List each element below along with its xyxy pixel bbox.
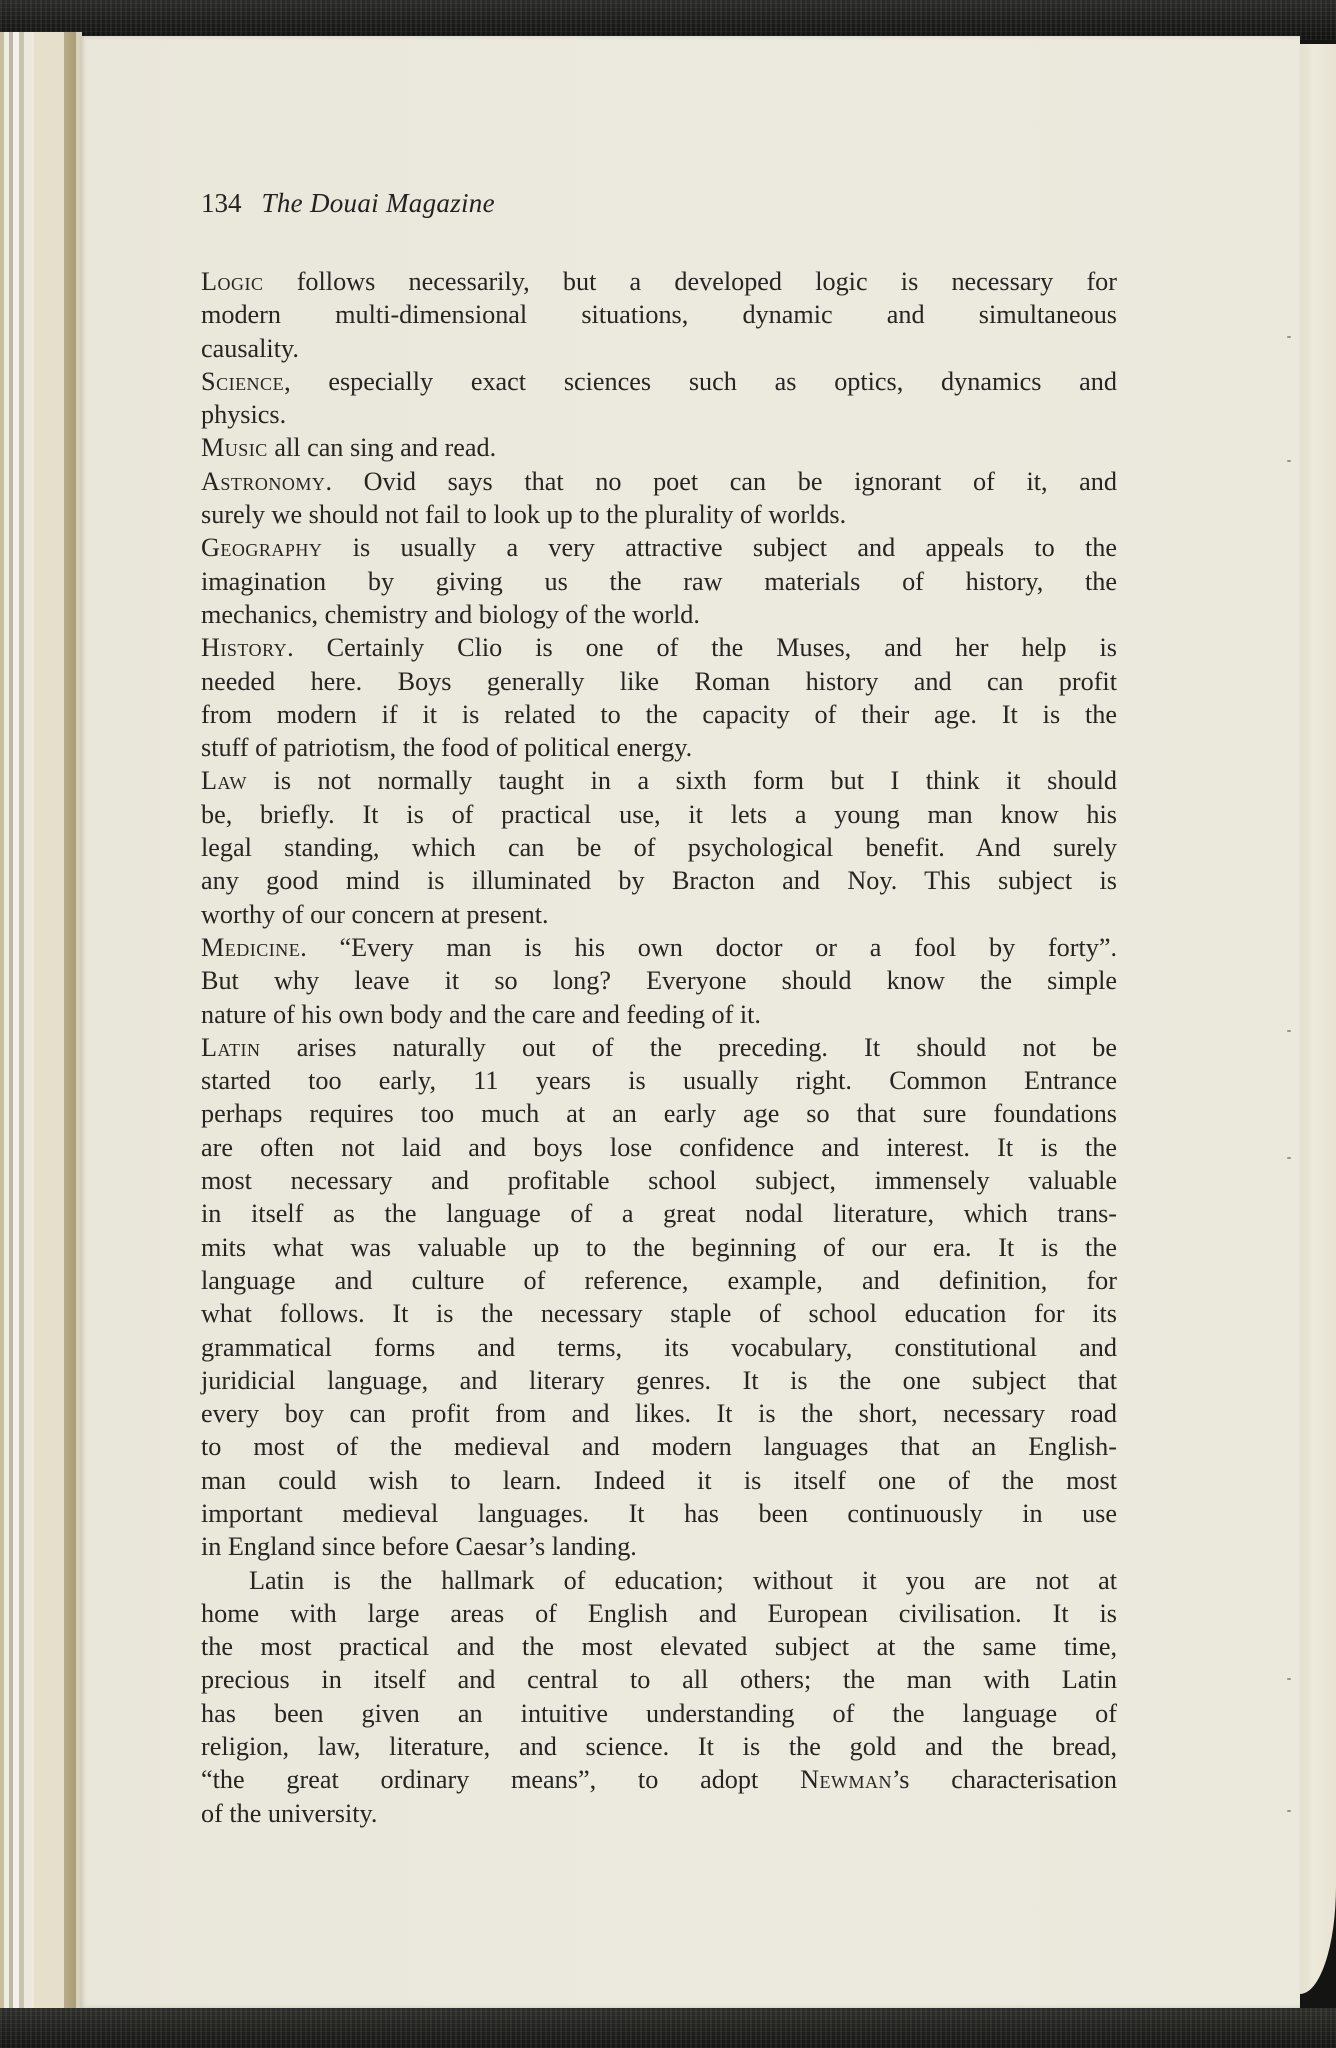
- text-line: imagination by giving us the raw materia…: [201, 565, 1117, 598]
- book-binding-top: [0, 0, 1336, 40]
- line-text: the most practical and the most elevated…: [201, 1632, 1117, 1661]
- line-text: are often not laid and boys lose confide…: [201, 1133, 1117, 1162]
- line-text: religion, law, literature, and science. …: [201, 1732, 1117, 1761]
- text-line: Science, especially exact sciences such …: [201, 365, 1117, 398]
- running-header: 134The Douai Magazine: [201, 188, 495, 222]
- article-body: Logic follows necessarily, but a develop…: [201, 265, 1117, 1830]
- line-text: perhaps requires too much at an early ag…: [201, 1099, 1117, 1128]
- text-line: Logic follows necessarily, but a develop…: [201, 265, 1117, 298]
- text-line: grammatical forms and terms, its vocabul…: [201, 1331, 1117, 1364]
- subject-heading: Latin: [201, 1033, 261, 1062]
- subject-heading: Medicine: [201, 933, 300, 962]
- subject-heading: Geography: [201, 533, 322, 562]
- text-line: Medicine. “Every man is his own doctor o…: [201, 931, 1117, 964]
- line-text: important medieval languages. It has bee…: [201, 1499, 1117, 1528]
- line-text: grammatical forms and terms, its vocabul…: [201, 1333, 1117, 1362]
- line-text: what follows. It is the necessary staple…: [201, 1299, 1117, 1328]
- text-line: Geography is usually a very attractive s…: [201, 531, 1117, 564]
- line-text: physics.: [201, 400, 286, 429]
- line-text: . “Every man is his own doctor or a fool…: [300, 933, 1117, 962]
- text-line: started too early, 11 years is usually r…: [201, 1064, 1117, 1097]
- line-text: mits what was valuable up to the beginni…: [201, 1233, 1117, 1262]
- line-text: most necessary and profitable school sub…: [201, 1166, 1117, 1195]
- text-line: Latin is the hallmark of education; with…: [201, 1564, 1117, 1597]
- line-text: . Certainly Clio is one of the Muses, an…: [287, 633, 1117, 662]
- text-line: History. Certainly Clio is one of the Mu…: [201, 631, 1117, 664]
- subject-heading: Science: [201, 367, 284, 396]
- margin-mark: [1287, 1157, 1291, 1159]
- line-text: every boy can profit from and likes. It …: [201, 1399, 1117, 1428]
- text-line: But why leave it so long? Everyone shoul…: [201, 964, 1117, 997]
- text-line: surely we should not fail to look up to …: [201, 498, 1117, 531]
- page-number: 134: [201, 188, 242, 219]
- book-binding-bottom: [0, 2008, 1336, 2048]
- line-text: is usually a very attractive subject and…: [322, 533, 1117, 562]
- subject-heading: Law: [201, 766, 247, 795]
- margin-mark: [1287, 1678, 1291, 1680]
- line-text: all can sing and read.: [268, 433, 496, 462]
- page-stack-edge: [0, 32, 82, 2010]
- line-text: precious in itself and central to all ot…: [201, 1665, 1117, 1694]
- text-line: what follows. It is the necessary staple…: [201, 1297, 1117, 1330]
- line-text: legal standing, which can be of psycholo…: [201, 833, 1117, 862]
- text-line: physics.: [201, 398, 1117, 431]
- text-line: mechanics, chemistry and biology of the …: [201, 598, 1117, 631]
- text-line: every boy can profit from and likes. It …: [201, 1397, 1117, 1430]
- margin-mark: [1287, 336, 1291, 338]
- line-text: language and culture of reference, examp…: [201, 1266, 1117, 1295]
- line-text: surely we should not fail to look up to …: [201, 500, 846, 529]
- text-line: of the university.: [201, 1797, 1117, 1830]
- margin-mark: [1287, 460, 1291, 462]
- text-line: in England since before Caesar’s landing…: [201, 1530, 1117, 1563]
- line-text: causality.: [201, 334, 299, 363]
- line-text: modern multi-dimensional situations, dyn…: [201, 300, 1117, 329]
- line-text: Latin is the hallmark of education; with…: [249, 1566, 1117, 1595]
- text-line: needed here. Boys generally like Roman h…: [201, 665, 1117, 698]
- text-line: mits what was valuable up to the beginni…: [201, 1231, 1117, 1264]
- line-text: started too early, 11 years is usually r…: [201, 1066, 1117, 1095]
- line-text: man could wish to learn. Indeed it is it…: [201, 1466, 1117, 1495]
- line-text: “the great ordinary means”, to adopt: [201, 1765, 800, 1794]
- text-line: from modern if it is related to the capa…: [201, 698, 1117, 731]
- text-line: are often not laid and boys lose confide…: [201, 1131, 1117, 1164]
- line-text: worthy of our concern at present.: [201, 900, 549, 929]
- text-line: modern multi-dimensional situations, dyn…: [201, 298, 1117, 331]
- text-line: perhaps requires too much at an early ag…: [201, 1097, 1117, 1130]
- margin-mark: [1287, 1810, 1291, 1812]
- text-line: man could wish to learn. Indeed it is it…: [201, 1464, 1117, 1497]
- text-line: home with large areas of English and Eur…: [201, 1597, 1117, 1630]
- text-line: the most practical and the most elevated…: [201, 1630, 1117, 1663]
- line-text: to most of the medieval and modern langu…: [201, 1432, 1117, 1461]
- line-text-tail: ’s characterisation: [892, 1765, 1117, 1794]
- text-line: precious in itself and central to all ot…: [201, 1663, 1117, 1696]
- publication-title: The Douai Magazine: [262, 188, 495, 218]
- margin-mark: [1287, 1030, 1291, 1032]
- text-line: worthy of our concern at present.: [201, 898, 1117, 931]
- text-line: legal standing, which can be of psycholo…: [201, 831, 1117, 864]
- text-line: be, briefly. It is of practical use, it …: [201, 798, 1117, 831]
- text-line: stuff of patriotism, the food of politic…: [201, 731, 1117, 764]
- line-text: follows necessarily, but a developed log…: [264, 267, 1118, 296]
- line-text: any good mind is illuminated by Bracton …: [201, 866, 1117, 895]
- name-small-caps: Newman: [800, 1765, 892, 1794]
- line-text: mechanics, chemistry and biology of the …: [201, 600, 700, 629]
- text-line: juridicial language, and literary genres…: [201, 1364, 1117, 1397]
- line-text: of the university.: [201, 1799, 377, 1828]
- line-text: be, briefly. It is of practical use, it …: [201, 800, 1117, 829]
- text-line: religion, law, literature, and science. …: [201, 1730, 1117, 1763]
- text-line: important medieval languages. It has bee…: [201, 1497, 1117, 1530]
- text-line: to most of the medieval and modern langu…: [201, 1430, 1117, 1463]
- line-text: home with large areas of English and Eur…: [201, 1599, 1117, 1628]
- line-text: needed here. Boys generally like Roman h…: [201, 667, 1117, 696]
- line-text: . Ovid says that no poet can be ignorant…: [325, 467, 1117, 496]
- text-line: any good mind is illuminated by Bracton …: [201, 864, 1117, 897]
- line-text: in England since before Caesar’s landing…: [201, 1532, 637, 1561]
- text-line: most necessary and profitable school sub…: [201, 1164, 1117, 1197]
- line-text: is not normally taught in a sixth form b…: [247, 766, 1117, 795]
- text-line: nature of his own body and the care and …: [201, 998, 1117, 1031]
- subject-heading: History: [201, 633, 287, 662]
- text-line: in itself as the language of a great nod…: [201, 1197, 1117, 1230]
- line-text: in itself as the language of a great nod…: [201, 1199, 1117, 1228]
- line-text: But why leave it so long? Everyone shoul…: [201, 966, 1117, 995]
- text-line: Law is not normally taught in a sixth fo…: [201, 764, 1117, 797]
- line-text: , especially exact sciences such as opti…: [284, 367, 1117, 396]
- text-line: has been given an intuitive understandin…: [201, 1697, 1117, 1730]
- line-text: imagination by giving us the raw materia…: [201, 567, 1117, 596]
- line-text: nature of his own body and the care and …: [201, 1000, 761, 1029]
- line-text: arises naturally out of the preceding. I…: [261, 1033, 1118, 1062]
- line-text: stuff of patriotism, the food of politic…: [201, 733, 692, 762]
- subject-heading: Music: [201, 433, 268, 462]
- text-line: “the great ordinary means”, to adopt New…: [201, 1763, 1117, 1796]
- text-line: Astronomy. Ovid says that no poet can be…: [201, 465, 1117, 498]
- subject-heading: Astronomy: [201, 467, 325, 496]
- line-text: has been given an intuitive understandin…: [201, 1699, 1117, 1728]
- subject-heading: Logic: [201, 267, 264, 296]
- line-text: from modern if it is related to the capa…: [201, 700, 1117, 729]
- text-line: causality.: [201, 332, 1117, 365]
- text-line: Music all can sing and read.: [201, 431, 1117, 464]
- line-text: juridicial language, and literary genres…: [201, 1366, 1117, 1395]
- facing-page-edge: [1300, 44, 1336, 1994]
- text-line: language and culture of reference, examp…: [201, 1264, 1117, 1297]
- text-line: Latin arises naturally out of the preced…: [201, 1031, 1117, 1064]
